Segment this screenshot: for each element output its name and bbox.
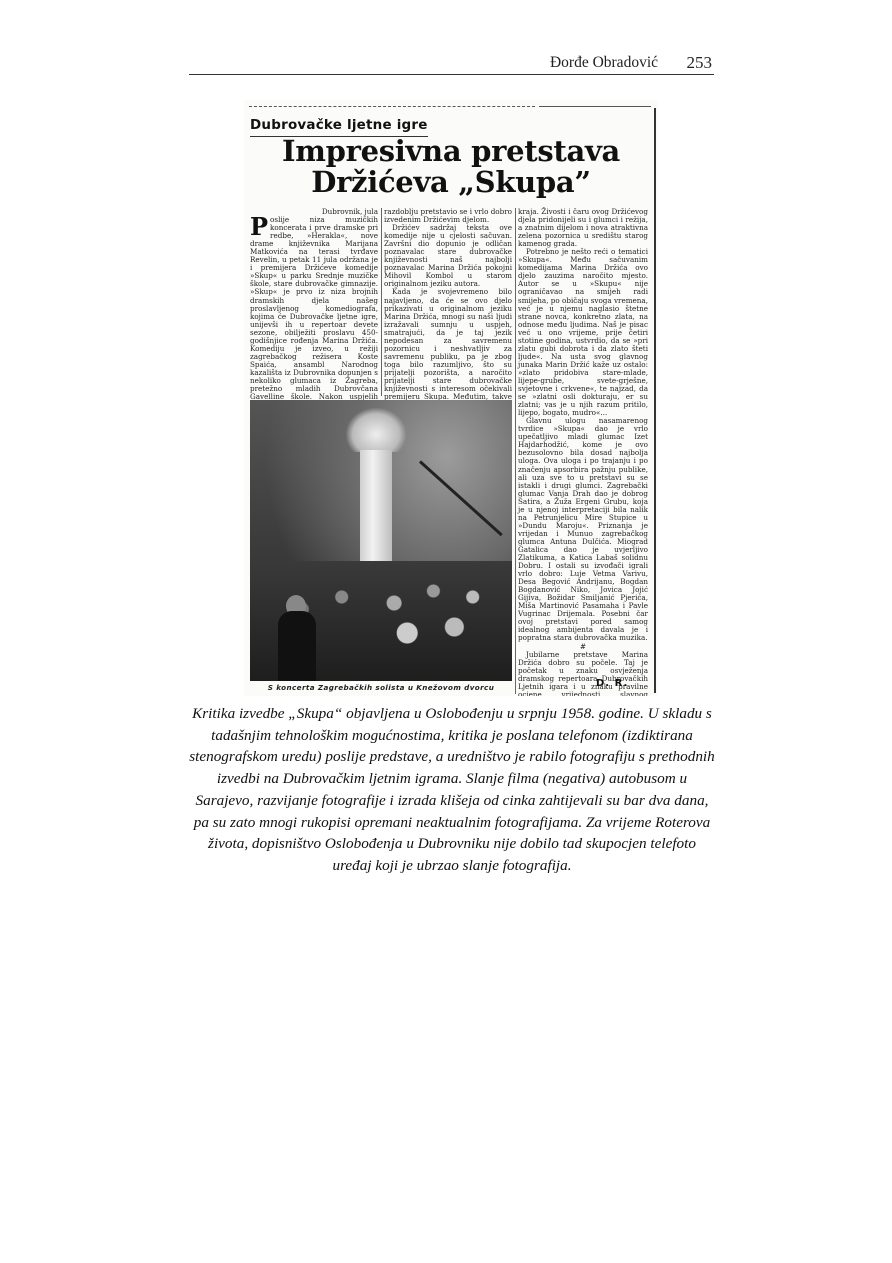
article-paragraph: kraja. Živosti i čaru ovog Držićevog dje… xyxy=(518,208,648,248)
newspaper-clipping: Dubrovačke ljetne igre Impresivna pretst… xyxy=(244,100,658,696)
photo-caption: S koncerta Zagrebačkih solista u Knežovo… xyxy=(250,683,512,692)
concert-photo xyxy=(250,400,512,681)
clipping-headline: Impresivna pretstava Držićeva „Skupa” xyxy=(244,136,658,198)
clipping-top-rule-right xyxy=(539,106,651,107)
running-head: Đorđe Obradović 253 xyxy=(189,52,714,75)
running-head-author: Đorđe Obradović xyxy=(550,54,658,72)
column-capital-shape xyxy=(346,408,406,452)
clipping-top-rule xyxy=(249,106,535,107)
article-paragraph: razdoblju pretstavio se i vrlo dobro izv… xyxy=(384,208,512,224)
drop-cap: P xyxy=(250,217,268,237)
article-paragraph: Glavnu ulogu nasamarenog tvrdice »Skupa«… xyxy=(518,417,648,642)
foreground-figure-shape xyxy=(278,611,316,681)
article-paragraph: Jubilarne pretstave Marina Držića dobro … xyxy=(518,651,648,696)
page-number: 253 xyxy=(687,53,713,73)
article-column-3: kraja. Živosti i čaru ovog Držićevog dje… xyxy=(518,208,648,696)
column-divider xyxy=(515,208,516,694)
headline-line-2: Držićeva „Skupa” xyxy=(244,167,658,198)
article-paragraph: Držićev sadržaj teksta ove komedije nije… xyxy=(384,224,512,288)
article-signature: D. R. xyxy=(596,678,628,689)
column-divider xyxy=(381,208,382,396)
article-paragraph: Potrebno je nešto reći o tematici »Skupa… xyxy=(518,248,648,417)
headline-line-1: Impresivna pretstava xyxy=(244,136,658,167)
figure-caption: Kritika izvedbe „Skupa“ objavljena u Osl… xyxy=(188,703,716,877)
